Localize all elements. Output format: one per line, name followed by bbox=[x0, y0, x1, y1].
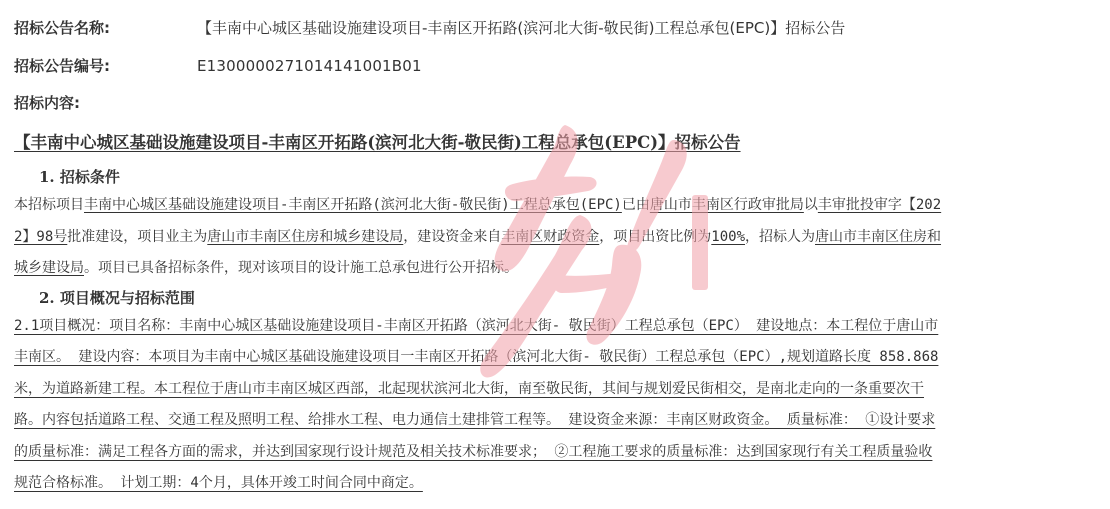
announcement-name-value: 【丰南中心城区基础设施建设项目-丰南区开拓路(滨河北大街-敬民街)工程总承包(E… bbox=[197, 18, 845, 38]
paragraph-line: 本招标项目丰南中心城区基础设施建设项目-丰南区开拓路(滨河北大街-敬民街)工程总… bbox=[14, 190, 1094, 222]
static-text: 已由 bbox=[622, 197, 650, 213]
static-text: 批准建设，项目业主为 bbox=[67, 229, 207, 245]
paragraph-line: 米，为道路新建工程。本工程位于唐山市丰南区城区西部，北起现状滨河北大街，南至敬民… bbox=[14, 374, 1094, 406]
filled-field-text: 丰南区财政资金 bbox=[501, 229, 599, 245]
announcement-name-row: 招标公告名称:【丰南中心城区基础设施建设项目-丰南区开拓路(滨河北大街-敬民街)… bbox=[14, 18, 845, 38]
filled-field-text: 唐山市丰南区住房和 bbox=[815, 229, 941, 245]
static-text: ，建设资金来自 bbox=[403, 229, 501, 245]
paragraph-line: 的质量标准：满足工程各方面的需求，并达到国家现行设计规范及相关技术标准要求； ②… bbox=[14, 437, 1094, 469]
static-text: ，招标人为 bbox=[745, 229, 815, 245]
project-overview-paragraph: 2.1项目概况：项目名称：丰南中心城区基础设施建设项目-丰南区开拓路（滨河北大街… bbox=[14, 311, 1094, 500]
bidding-conditions-paragraph: 本招标项目丰南中心城区基础设施建设项目-丰南区开拓路(滨河北大街-敬民街)工程总… bbox=[14, 190, 1094, 285]
document-title: 【丰南中心城区基础设施建设项目-丰南区开拓路(滨河北大街-敬民街)工程总承包(E… bbox=[14, 130, 1094, 156]
announcement-code-label: 招标公告编号: bbox=[14, 56, 197, 76]
filled-field-text: 丰南中心城区基础设施建设项目-丰南区开拓路(滨河北大街-敬民街)工程总承包(EP… bbox=[84, 197, 622, 213]
static-text: 本招标项目 bbox=[14, 197, 84, 213]
filled-field-text: 丰审批投审字【202 bbox=[818, 197, 941, 213]
announcement-code-value: E1300000271014141001B01 bbox=[197, 56, 422, 76]
announcement-document: 【丰南中心城区基础设施建设项目-丰南区开拓路(滨河北大街-敬民街)工程总承包(E… bbox=[14, 130, 1094, 500]
static-text: ，项目出资比例为 bbox=[599, 229, 711, 245]
paragraph-line: 丰南区。 建设内容：本项目为丰南中心城区基础设施建设项目一丰南区开拓路（滨河北大… bbox=[14, 342, 1094, 374]
static-text: 。项目已具备招标条件，现对该项目的设计施工总承包进行公开招标。 bbox=[84, 260, 518, 276]
paragraph-line: 规范合格标准。 计划工期：4个月，具体开竣工时间合同中商定。 bbox=[14, 468, 1094, 500]
paragraph-line: 2】98号批准建设，项目业主为唐山市丰南区住房和城乡建设局，建设资金来自丰南区财… bbox=[14, 222, 1094, 254]
paragraph-line: 2.1项目概况：项目名称：丰南中心城区基础设施建设项目-丰南区开拓路（滨河北大街… bbox=[14, 311, 1094, 343]
announcement-content-label: 招标内容: bbox=[14, 93, 197, 113]
filled-field-text: 城乡建设局 bbox=[14, 260, 84, 276]
paragraph-line: 城乡建设局。项目已具备招标条件，现对该项目的设计施工总承包进行公开招标。 bbox=[14, 253, 1094, 285]
paragraph-line: 路。内容包括道路工程、交通工程及照明工程、给排水工程、电力通信土建排管工程等。 … bbox=[14, 405, 1094, 437]
section-heading-bidding-conditions: 1. 招标条件 bbox=[39, 164, 1094, 190]
filled-field-text: 唐山市丰南区住房和城乡建设局 bbox=[207, 229, 403, 245]
filled-field-text: 2】98号 bbox=[14, 229, 67, 245]
announcement-name-label: 招标公告名称: bbox=[14, 18, 197, 38]
announcement-content-row: 招标内容: bbox=[14, 93, 197, 113]
section-heading-project-overview: 2. 项目概况与招标范围 bbox=[39, 285, 1094, 311]
static-text: 以 bbox=[804, 197, 818, 213]
filled-field-text: 100% bbox=[711, 229, 745, 245]
announcement-code-row: 招标公告编号:E1300000271014141001B01 bbox=[14, 56, 422, 76]
filled-field-text: 唐山市丰南区行政审批局 bbox=[650, 197, 804, 213]
